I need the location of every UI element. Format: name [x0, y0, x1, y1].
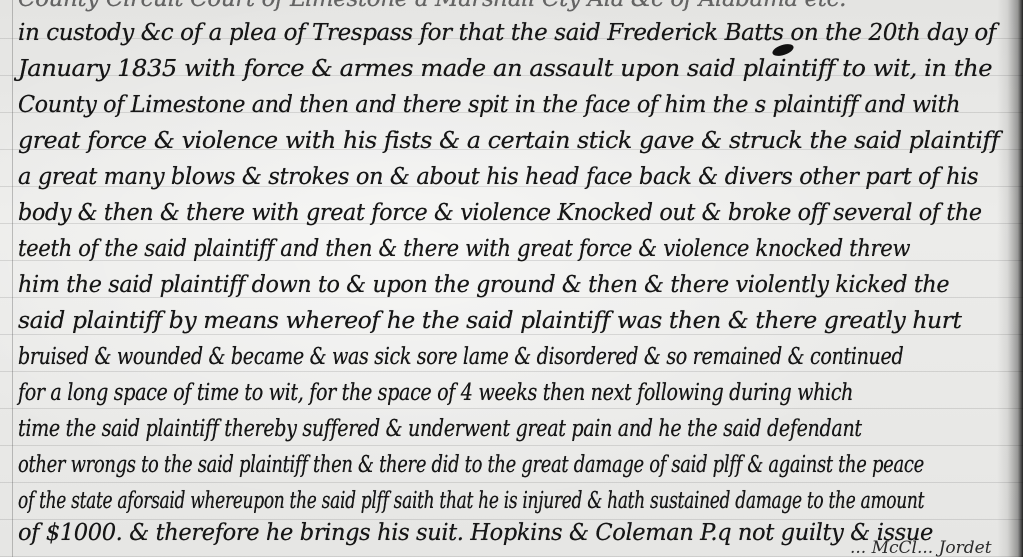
handwritten-line-14: of the state aforsaid whereupon the said… [18, 488, 924, 514]
handwritten-line-0: County Circuit Court of Limestone a Mars… [18, 0, 846, 12]
handwritten-line-6: body & then & there with great force & v… [18, 200, 982, 226]
handwritten-line-5: a great many blows & strokes on & about … [18, 164, 978, 190]
signature-fragment: ... McCl... Jordet [850, 538, 992, 557]
left-margin-rule [12, 0, 13, 557]
handwritten-line-2: January 1835 with force & armes made an … [18, 56, 992, 82]
handwritten-line-13: other wrongs to the said plaintiff then … [18, 452, 924, 478]
page-edge-shadow [997, 0, 1023, 557]
handwritten-line-12: time the said plaintiff thereby suffered… [18, 416, 862, 442]
handwritten-line-3: County of Limestone and then and there s… [18, 92, 960, 118]
handwritten-line-10: bruised & wounded & became & was sick so… [18, 344, 903, 370]
handwritten-line-11: for a long space of time to wit, for the… [18, 380, 853, 406]
handwritten-line-4: great force & violence with his fists & … [18, 128, 999, 154]
handwritten-line-1: in custody &c of a plea of Trespass for … [18, 20, 996, 46]
handwritten-line-7: teeth of the said plaintiff and then & t… [18, 236, 910, 262]
handwritten-line-8: him the said plaintiff down to & upon th… [18, 272, 949, 298]
document-page: County Circuit Court of Limestone a Mars… [0, 0, 1023, 557]
handwritten-line-15: of $1000. & therefore he brings his suit… [18, 520, 933, 546]
handwritten-line-9: said plaintiff by means whereof he the s… [18, 308, 962, 334]
